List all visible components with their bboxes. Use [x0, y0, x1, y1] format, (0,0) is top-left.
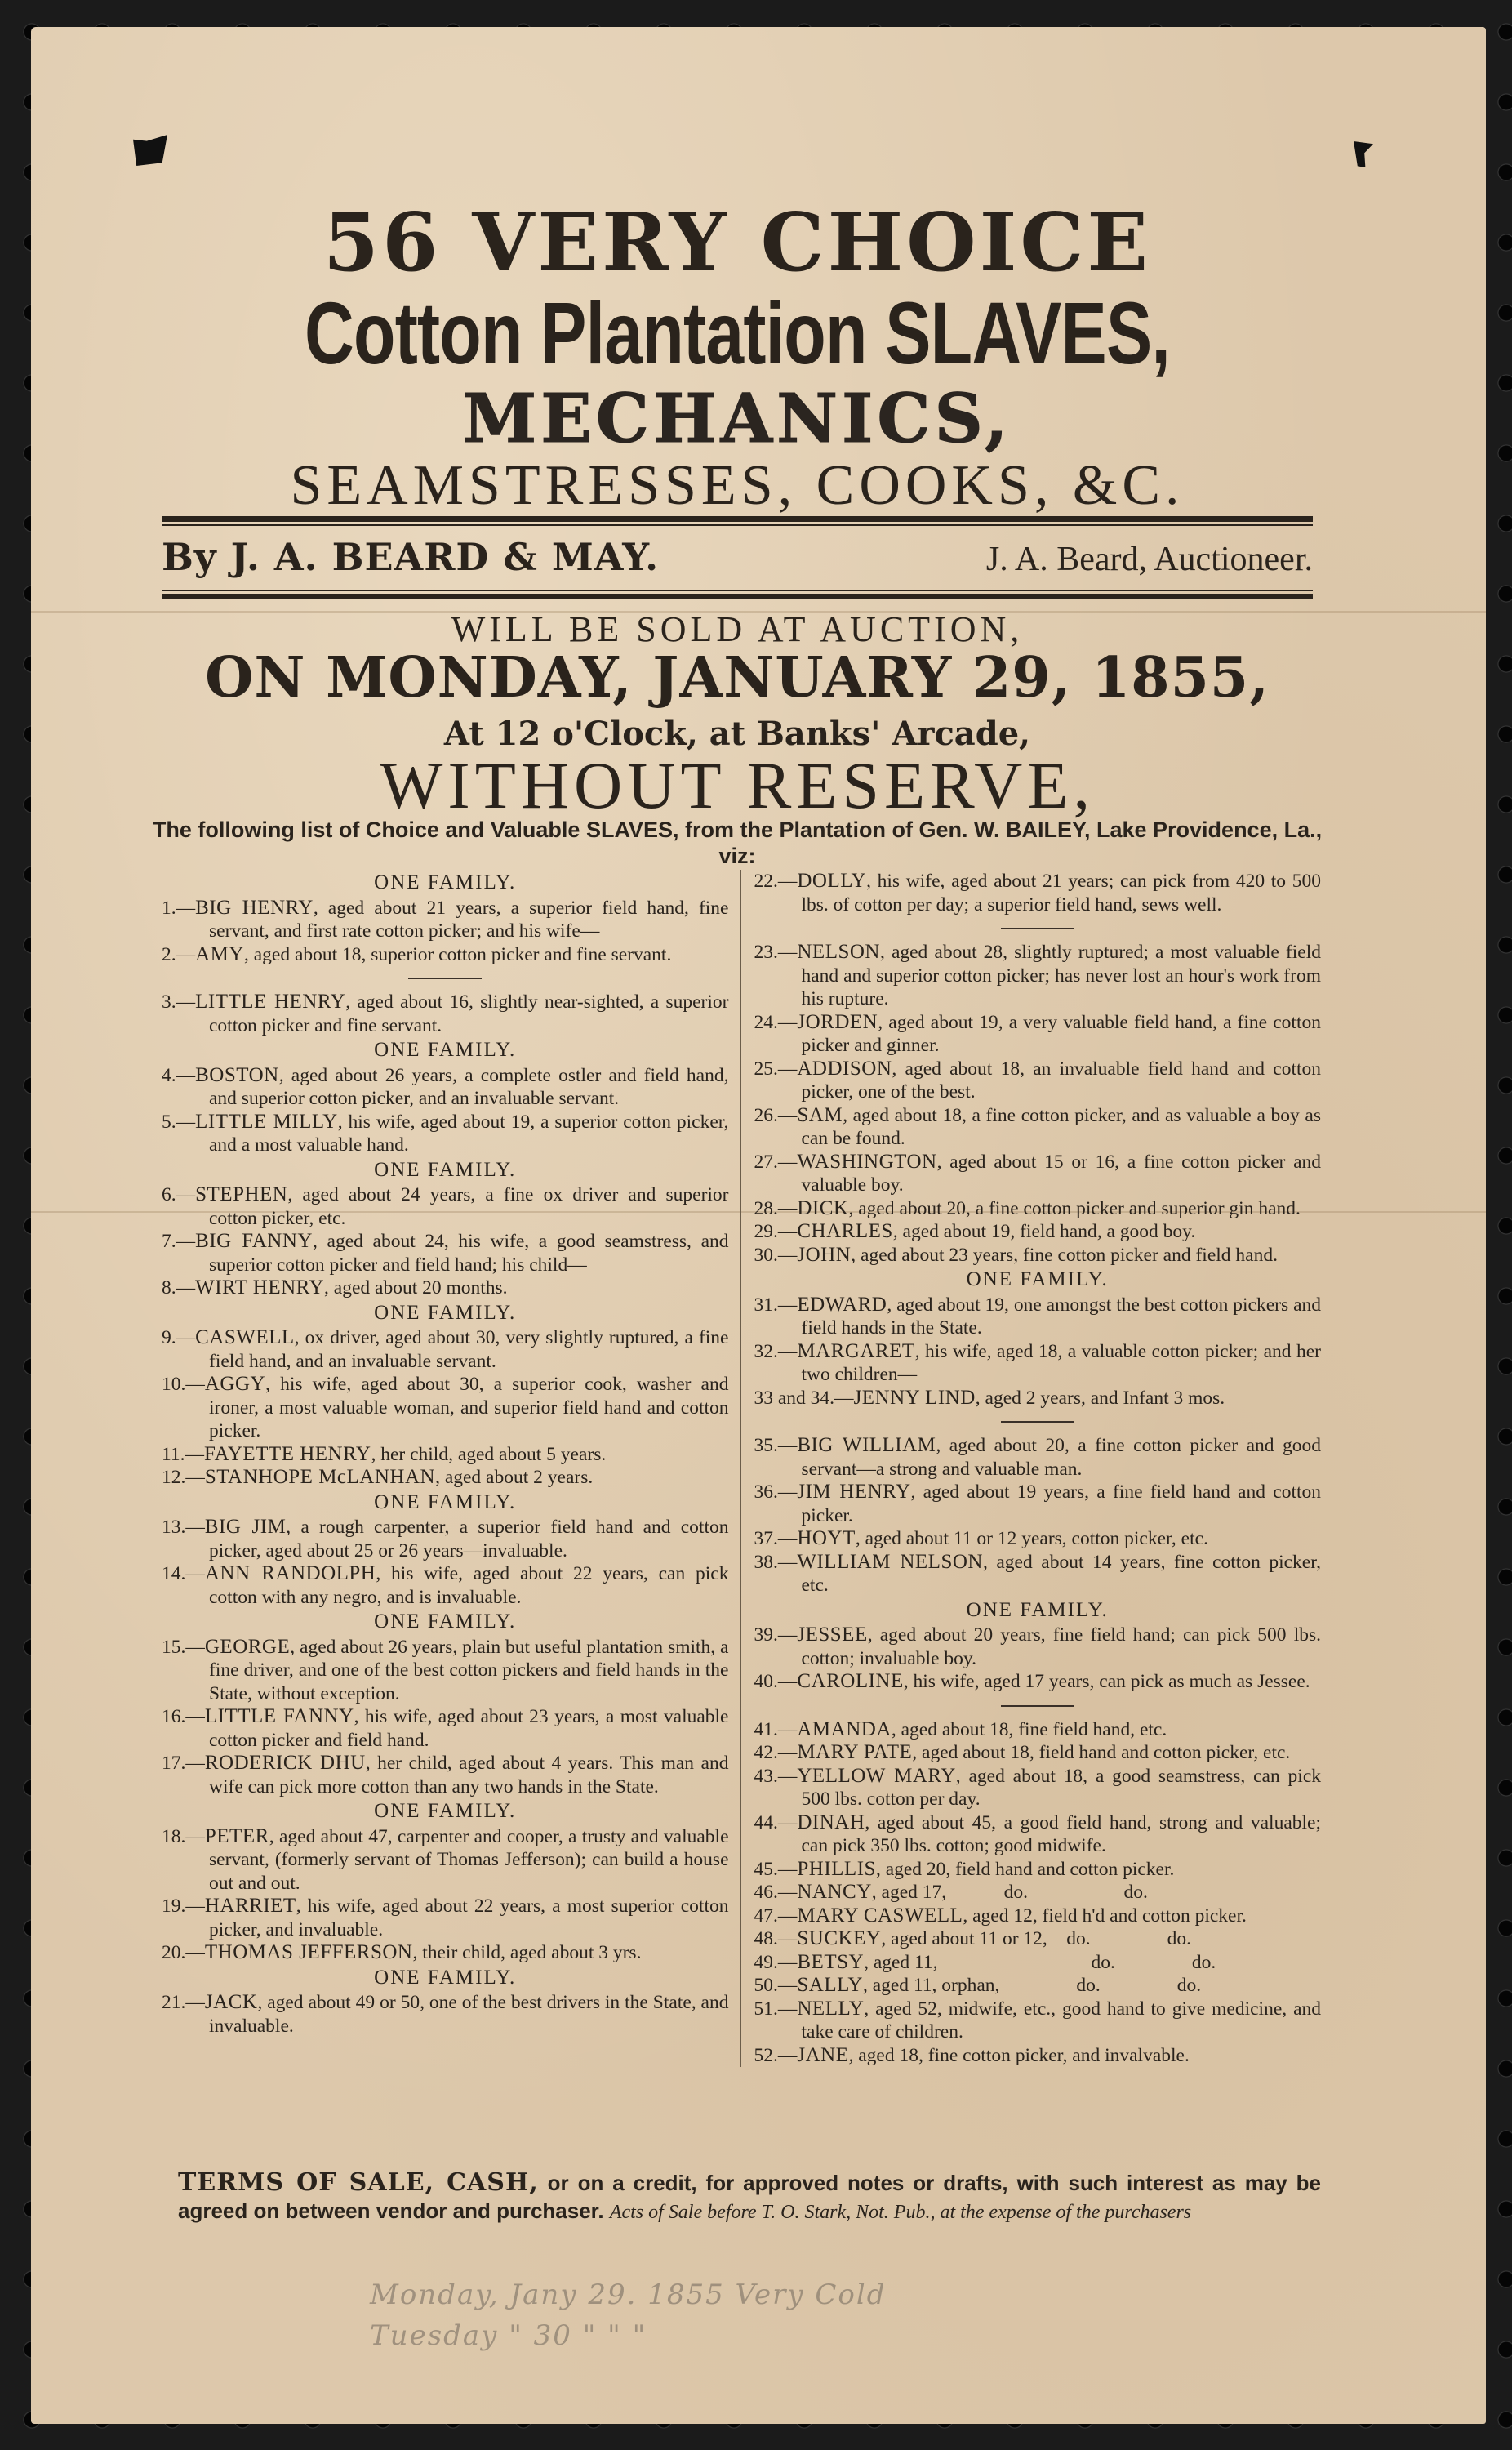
- entry-description: , aged about 23 years, fine cotton picke…: [851, 1245, 1278, 1266]
- entry-description: , aged about 11 or 12, do. do.: [881, 1928, 1191, 1949]
- entry-name: MARGARET: [797, 1340, 914, 1362]
- listing-entry: 49.—BETSY, aged 11, do. do.: [754, 1951, 1322, 1975]
- without-reserve: WITHOUT RESERVE,: [137, 747, 1337, 824]
- listing-entry: 12.—STANHOPE McLANHAN, aged about 2 year…: [162, 1466, 729, 1490]
- entry-name: JOHN: [797, 1244, 851, 1266]
- entry-description: , aged about 20 years, fine field hand; …: [802, 1624, 1322, 1669]
- entry-number: 11.—: [162, 1444, 204, 1465]
- left-column: ONE FAMILY.1.—BIG HENRY, aged about 21 y…: [162, 870, 740, 2067]
- family-heading: ONE FAMILY.: [162, 871, 729, 895]
- entry-name: HARRIET: [205, 1895, 296, 1917]
- entry-description: , aged about 19, field hand, a good boy.: [893, 1221, 1195, 1242]
- entry-number: 1.—: [162, 898, 195, 919]
- entry-number: 7.—: [162, 1231, 195, 1252]
- entry-number: 30.—: [754, 1245, 798, 1266]
- separator-rule: [1001, 1421, 1074, 1423]
- entry-name: FAYETTE HENRY: [204, 1443, 371, 1465]
- listing-columns: ONE FAMILY.1.—BIG HENRY, aged about 21 y…: [162, 870, 1321, 2067]
- entry-number: 18.—: [162, 1826, 205, 1847]
- entry-number: 37.—: [754, 1528, 798, 1549]
- listing-entry: 48.—SUCKEY, aged about 11 or 12, do. do.: [754, 1927, 1322, 1951]
- listing-entry: 4.—BOSTON, aged about 26 years, a comple…: [162, 1064, 729, 1111]
- entry-name: JIM HENRY: [797, 1481, 910, 1503]
- entry-name: WASHINGTON: [797, 1151, 936, 1173]
- entry-name: LITTLE FANNY: [205, 1705, 354, 1727]
- listing-entry: 46.—NANCY, aged 17, do. do.: [754, 1881, 1322, 1904]
- entry-number: 27.—: [754, 1151, 798, 1173]
- listing-entry: 13.—BIG JIM, a rough carpenter, a superi…: [162, 1516, 729, 1562]
- listing-entry: 38.—WILLIAM NELSON, aged about 14 years,…: [754, 1551, 1322, 1597]
- entry-description: , aged about 18, fine field hand, etc.: [892, 1719, 1167, 1740]
- listing-entry: 1.—BIG HENRY, aged about 21 years, a sup…: [162, 897, 729, 943]
- entry-number: 13.—: [162, 1517, 205, 1538]
- entry-number: 14.—: [162, 1563, 205, 1584]
- family-heading: ONE FAMILY.: [162, 1491, 729, 1515]
- entry-number: 25.—: [754, 1058, 798, 1080]
- listing-entry: 32.—MARGARET, his wife, aged 18, a valua…: [754, 1340, 1322, 1387]
- listing-entry: 19.—HARRIET, his wife, aged about 22 yea…: [162, 1895, 729, 1941]
- entry-description: , aged about 18, field hand and cotton p…: [912, 1742, 1290, 1763]
- entry-name: LITTLE MILLY: [195, 1111, 338, 1133]
- terms-lead: TERMS OF SALE, CASH,: [178, 2168, 539, 2197]
- torn-hole: [1354, 141, 1373, 167]
- entry-name: AGGY: [205, 1373, 265, 1395]
- entry-description: , aged about 24 years, a fine ox driver …: [209, 1184, 729, 1229]
- entry-number: 40.—: [754, 1671, 798, 1692]
- listing-entry: 42.—MARY PATE, aged about 18, field hand…: [754, 1741, 1322, 1765]
- listing-entry: 36.—JIM HENRY, aged about 19 years, a fi…: [754, 1481, 1322, 1527]
- entry-number: 20.—: [162, 1942, 205, 1963]
- entry-number: 10.—: [162, 1374, 205, 1395]
- listing-entry: 30.—JOHN, aged about 23 years, fine cott…: [754, 1244, 1322, 1267]
- listing-entry: 17.—RODERICK DHU, her child, aged about …: [162, 1752, 729, 1798]
- entry-name: PETER: [205, 1825, 269, 1847]
- listing-entry: 37.—HOYT, aged about 11 or 12 years, cot…: [754, 1527, 1322, 1551]
- entry-number: 29.—: [754, 1221, 798, 1242]
- listing-entry: 20.—THOMAS JEFFERSON, their child, aged …: [162, 1941, 729, 1965]
- listing-entry: 35.—BIG WILLIAM, aged about 20, a fine c…: [754, 1434, 1322, 1481]
- entry-number: 39.—: [754, 1624, 798, 1646]
- listing-entry: 5.—LITTLE MILLY, his wife, aged about 19…: [162, 1111, 729, 1157]
- listing-entry: 15.—GEORGE, aged about 26 years, plain b…: [162, 1636, 729, 1706]
- entry-number: 50.—: [754, 1975, 798, 1996]
- entry-number: 24.—: [754, 1012, 798, 1033]
- entry-description: , a rough carpenter, a superior field ha…: [209, 1517, 729, 1561]
- entry-number: 47.—: [754, 1905, 798, 1927]
- entry-number: 6.—: [162, 1184, 195, 1205]
- entry-number: 45.—: [754, 1859, 798, 1880]
- entry-description: , aged 52, midwife, etc., good hand to g…: [802, 1998, 1322, 2043]
- separator-rule: [1001, 1705, 1074, 1707]
- entry-number: 52.—: [754, 2045, 798, 2066]
- entry-number: 49.—: [754, 1952, 798, 1973]
- entry-name: MARY CASWELL: [797, 1904, 963, 1927]
- headline-occupations: SEAMSTRESSES, COOKS, &C.: [137, 453, 1337, 519]
- entry-number: 48.—: [754, 1928, 798, 1949]
- entry-number: 3.—: [162, 991, 195, 1013]
- entry-number: 8.—: [162, 1277, 195, 1298]
- entry-number: 26.—: [754, 1105, 798, 1126]
- listing-entry: 9.—CASWELL, ox driver, aged about 30, ve…: [162, 1326, 729, 1373]
- entry-description: , aged about 47, carpenter and cooper, a…: [209, 1826, 729, 1894]
- entry-name: NANCY: [797, 1881, 871, 1903]
- listing-entry: 11.—FAYETTE HENRY, her child, aged about…: [162, 1443, 729, 1467]
- entry-name: ANN RANDOLPH: [205, 1562, 376, 1584]
- listing-entry: 39.—JESSEE, aged about 20 years, fine fi…: [754, 1624, 1322, 1670]
- entry-name: JANE: [797, 2044, 848, 2066]
- listing-entry: 44.—DINAH, aged about 45, a good field h…: [754, 1811, 1322, 1858]
- listing-entry: 29.—CHARLES, aged about 19, field hand, …: [754, 1220, 1322, 1244]
- entry-name: DOLLY: [797, 870, 866, 892]
- entry-number: 46.—: [754, 1882, 798, 1903]
- entry-description: , her child, aged about 5 years.: [371, 1444, 606, 1465]
- entry-name: BETSY: [797, 1951, 864, 1973]
- entry-description: , aged 12, field h'd and cotton picker.: [963, 1905, 1247, 1927]
- entry-name: PHILLIS: [797, 1858, 876, 1880]
- entry-name: YELLOW MARY: [797, 1765, 955, 1787]
- listing-entry: 28.—DICK, aged about 20, a fine cotton p…: [754, 1197, 1322, 1221]
- entry-description: , aged about 49 or 50, one of the best d…: [209, 1992, 729, 2037]
- listing-entry: 31.—EDWARD, aged about 19, one amongst t…: [754, 1294, 1322, 1340]
- entry-description: , aged 11, do. do.: [864, 1952, 1216, 1973]
- entry-name: AMANDA: [797, 1718, 892, 1740]
- listing-entry: 50.—SALLY, aged 11, orphan, do. do.: [754, 1974, 1322, 1998]
- entry-name: EDWARD: [797, 1294, 887, 1316]
- entry-number: 31.—: [754, 1294, 798, 1316]
- listing-entry: 27.—WASHINGTON, aged about 15 or 16, a f…: [754, 1151, 1322, 1197]
- entry-name: BIG WILLIAM: [797, 1434, 936, 1456]
- entry-description: , aged about 45, a good field hand, stro…: [802, 1812, 1322, 1857]
- entry-name: STEPHEN: [195, 1183, 287, 1205]
- entry-number: 5.—: [162, 1111, 195, 1133]
- entry-description: , aged 11, orphan, do. do.: [863, 1975, 1201, 1996]
- entry-name: STANHOPE McLANHAN: [205, 1466, 435, 1488]
- terms-of-sale: TERMS OF SALE, CASH, or on a credit, for…: [178, 2169, 1321, 2226]
- listing-entry: 41.—AMANDA, aged about 18, fine field ha…: [754, 1718, 1322, 1742]
- entry-number: 19.—: [162, 1895, 205, 1917]
- entry-description: , aged about 18, a fine cotton picker, a…: [802, 1105, 1322, 1150]
- listing-entry: 40.—CAROLINE, his wife, aged 17 years, c…: [754, 1670, 1322, 1694]
- listing-entry: 26.—SAM, aged about 18, a fine cotton pi…: [754, 1104, 1322, 1151]
- listing-entry: 8.—WIRT HENRY, aged about 20 months.: [162, 1276, 729, 1300]
- listing-entry: 25.—ADDISON, aged about 18, an invaluabl…: [754, 1058, 1322, 1104]
- entry-number: 16.—: [162, 1706, 205, 1727]
- byline: By J. A. BEARD & MAY. J. A. Beard, Aucti…: [162, 535, 1313, 579]
- torn-hole: [133, 135, 167, 166]
- entry-name: HOYT: [797, 1527, 855, 1549]
- entry-name: RODERICK DHU: [205, 1752, 366, 1774]
- entry-number: 35.—: [754, 1435, 798, 1456]
- entry-name: AMY: [195, 943, 244, 965]
- listing-entry: 43.—YELLOW MARY, aged about 18, a good s…: [754, 1765, 1322, 1811]
- entry-description: , aged 20, field hand and cotton picker.: [876, 1859, 1174, 1880]
- entry-description: , aged 17, do. do.: [872, 1882, 1148, 1903]
- entry-description: , aged about 20 months.: [324, 1277, 508, 1298]
- separator-rule: [408, 978, 482, 979]
- entry-description: , aged about 11 or 12 years, cotton pick…: [856, 1528, 1208, 1549]
- entry-name: JACK: [205, 1991, 258, 2013]
- entry-number: 43.—: [754, 1766, 798, 1787]
- headline-mechanics: MECHANICS,: [137, 380, 1337, 458]
- entry-number: 38.—: [754, 1552, 798, 1573]
- entry-number: 12.—: [162, 1467, 205, 1488]
- entry-number: 36.—: [754, 1481, 798, 1503]
- listing-entry: 23.—NELSON, aged about 28, slightly rupt…: [754, 941, 1322, 1011]
- listing-entry: 21.—JACK, aged about 49 or 50, one of th…: [162, 1991, 729, 2038]
- entry-name: DINAH: [797, 1811, 865, 1833]
- family-heading: ONE FAMILY.: [754, 1268, 1322, 1292]
- family-heading: ONE FAMILY.: [162, 1039, 729, 1062]
- entry-number: 42.—: [754, 1742, 798, 1763]
- sold-notice: WILL BE SOLD AT AUCTION,: [137, 608, 1337, 650]
- entry-number: 28.—: [754, 1198, 798, 1219]
- list-intro: The following list of Choice and Valuabl…: [137, 817, 1337, 869]
- family-heading: ONE FAMILY.: [162, 1967, 729, 1990]
- entry-number: 22.—: [754, 871, 798, 892]
- entry-name: NELLY: [797, 1998, 864, 2020]
- entry-number: 23.—: [754, 942, 798, 963]
- listing-entry: 33 and 34.—JENNY LIND, aged 2 years, and…: [754, 1387, 1322, 1410]
- notary-note: Acts of Sale before T. O. Stark, Not. Pu…: [610, 2202, 1191, 2223]
- entry-name: BIG HENRY: [195, 897, 314, 919]
- listing-entry: 10.—AGGY, his wife, aged about 30, a sup…: [162, 1373, 729, 1443]
- entry-name: CAROLINE: [797, 1670, 903, 1692]
- entry-name: WILLIAM NELSON: [797, 1551, 983, 1573]
- entry-name: JENNY LIND: [854, 1387, 976, 1409]
- entry-description: , his wife, aged about 21 years; can pic…: [802, 871, 1322, 915]
- listing-entry: 3.—LITTLE HENRY, aged about 16, slightly…: [162, 991, 729, 1037]
- entry-name: BOSTON: [195, 1064, 279, 1086]
- entry-name: BIG JIM: [205, 1516, 286, 1538]
- entry-name: JESSEE: [797, 1624, 867, 1646]
- listing-entry: 6.—STEPHEN, aged about 24 years, a fine …: [162, 1183, 729, 1230]
- entry-name: SAM: [797, 1104, 843, 1126]
- entry-name: CASWELL: [195, 1326, 295, 1348]
- listing-entry: 7.—BIG FANNY, aged about 24, his wife, a…: [162, 1230, 729, 1276]
- entry-name: JORDEN: [797, 1011, 878, 1033]
- entry-description: , aged about 20, a fine cotton picker an…: [848, 1198, 1300, 1219]
- entry-number: 32.—: [754, 1341, 798, 1362]
- listing-entry: 14.—ANN RANDOLPH, his wife, aged about 2…: [162, 1562, 729, 1609]
- entry-description: , their child, aged about 3 yrs.: [412, 1942, 641, 1963]
- entry-description: , aged about 2 years.: [435, 1467, 593, 1488]
- entry-number: 44.—: [754, 1812, 798, 1833]
- entry-number: 4.—: [162, 1065, 195, 1086]
- entry-name: SUCKEY: [797, 1927, 881, 1949]
- entry-description: , aged about 26 years, a complete ostler…: [209, 1065, 729, 1110]
- listing-entry: 51.—NELLY, aged 52, midwife, etc., good …: [754, 1998, 1322, 2044]
- entry-name: SALLY: [797, 1974, 863, 1996]
- entry-number: 15.—: [162, 1637, 205, 1658]
- listing-entry: 22.—DOLLY, his wife, aged about 21 years…: [754, 870, 1322, 916]
- entry-description: , aged about 19, a very valuable field h…: [802, 1012, 1322, 1057]
- entry-name: DICK: [797, 1197, 848, 1219]
- listing-entry: 2.—AMY, aged about 18, superior cotton p…: [162, 943, 729, 967]
- separator-rule: [1001, 928, 1074, 929]
- family-heading: ONE FAMILY.: [754, 1599, 1322, 1623]
- entry-number: 33 and 34.—: [754, 1388, 854, 1409]
- entry-number: 17.—: [162, 1753, 205, 1774]
- entry-name: MARY PATE: [797, 1741, 912, 1763]
- handwritten-note: Tuesday " 30 " " ": [370, 2319, 647, 2352]
- entry-name: BIG FANNY: [195, 1230, 313, 1252]
- entry-name: ADDISON: [797, 1058, 892, 1080]
- auction-firm: By J. A. BEARD & MAY.: [162, 535, 659, 579]
- entry-description: , aged 18, fine cotton picker, and inval…: [848, 2045, 1189, 2066]
- auctioneer: J. A. Beard, Auctioneer.: [986, 540, 1313, 579]
- entry-name: CHARLES: [797, 1220, 892, 1242]
- listing-entry: 18.—PETER, aged about 47, carpenter and …: [162, 1825, 729, 1895]
- entry-description: , his wife, aged 17 years, can pick as m…: [904, 1671, 1310, 1692]
- listing-entry: 47.—MARY CASWELL, aged 12, field h'd and…: [754, 1904, 1322, 1928]
- entry-number: 21.—: [162, 1992, 205, 2013]
- family-heading: ONE FAMILY.: [162, 1159, 729, 1183]
- entry-description: , his wife, aged about 30, a superior co…: [209, 1374, 729, 1441]
- double-rule: [162, 516, 1313, 526]
- entry-number: 2.—: [162, 944, 195, 965]
- entry-name: GEORGE: [205, 1636, 290, 1658]
- family-heading: ONE FAMILY.: [162, 1302, 729, 1325]
- entry-name: NELSON: [797, 941, 880, 963]
- entry-number: 51.—: [754, 1998, 798, 2020]
- listing-entry: 16.—LITTLE FANNY, his wife, aged about 2…: [162, 1705, 729, 1752]
- listing-entry: 24.—JORDEN, aged about 19, a very valuab…: [754, 1011, 1322, 1058]
- entry-number: 41.—: [754, 1719, 798, 1740]
- right-column: 22.—DOLLY, his wife, aged about 21 years…: [740, 870, 1322, 2067]
- family-heading: ONE FAMILY.: [162, 1610, 729, 1634]
- listing-entry: 45.—PHILLIS, aged 20, field hand and cot…: [754, 1858, 1322, 1882]
- family-heading: ONE FAMILY.: [162, 1800, 729, 1824]
- entry-description: , aged about 18, superior cotton picker …: [244, 944, 671, 965]
- double-rule: [162, 590, 1313, 599]
- sale-date: ON MONDAY, JANUARY 29, 1855,: [137, 645, 1337, 710]
- entry-number: 9.—: [162, 1327, 195, 1348]
- headline-main: Cotton Plantation SLAVES,: [269, 282, 1206, 384]
- entry-description: , aged 2 years, and Infant 3 mos.: [976, 1388, 1225, 1409]
- entry-name: WIRT HENRY: [195, 1276, 324, 1298]
- headline-count: 56 VERY CHOICE: [137, 196, 1337, 290]
- handwritten-note: Monday, Jany 29. 1855 Very Cold: [370, 2278, 887, 2311]
- entry-name: LITTLE HENRY: [195, 991, 345, 1013]
- listing-entry: 52.—JANE, aged 18, fine cotton picker, a…: [754, 2044, 1322, 2068]
- entry-name: THOMAS JEFFERSON: [205, 1941, 413, 1963]
